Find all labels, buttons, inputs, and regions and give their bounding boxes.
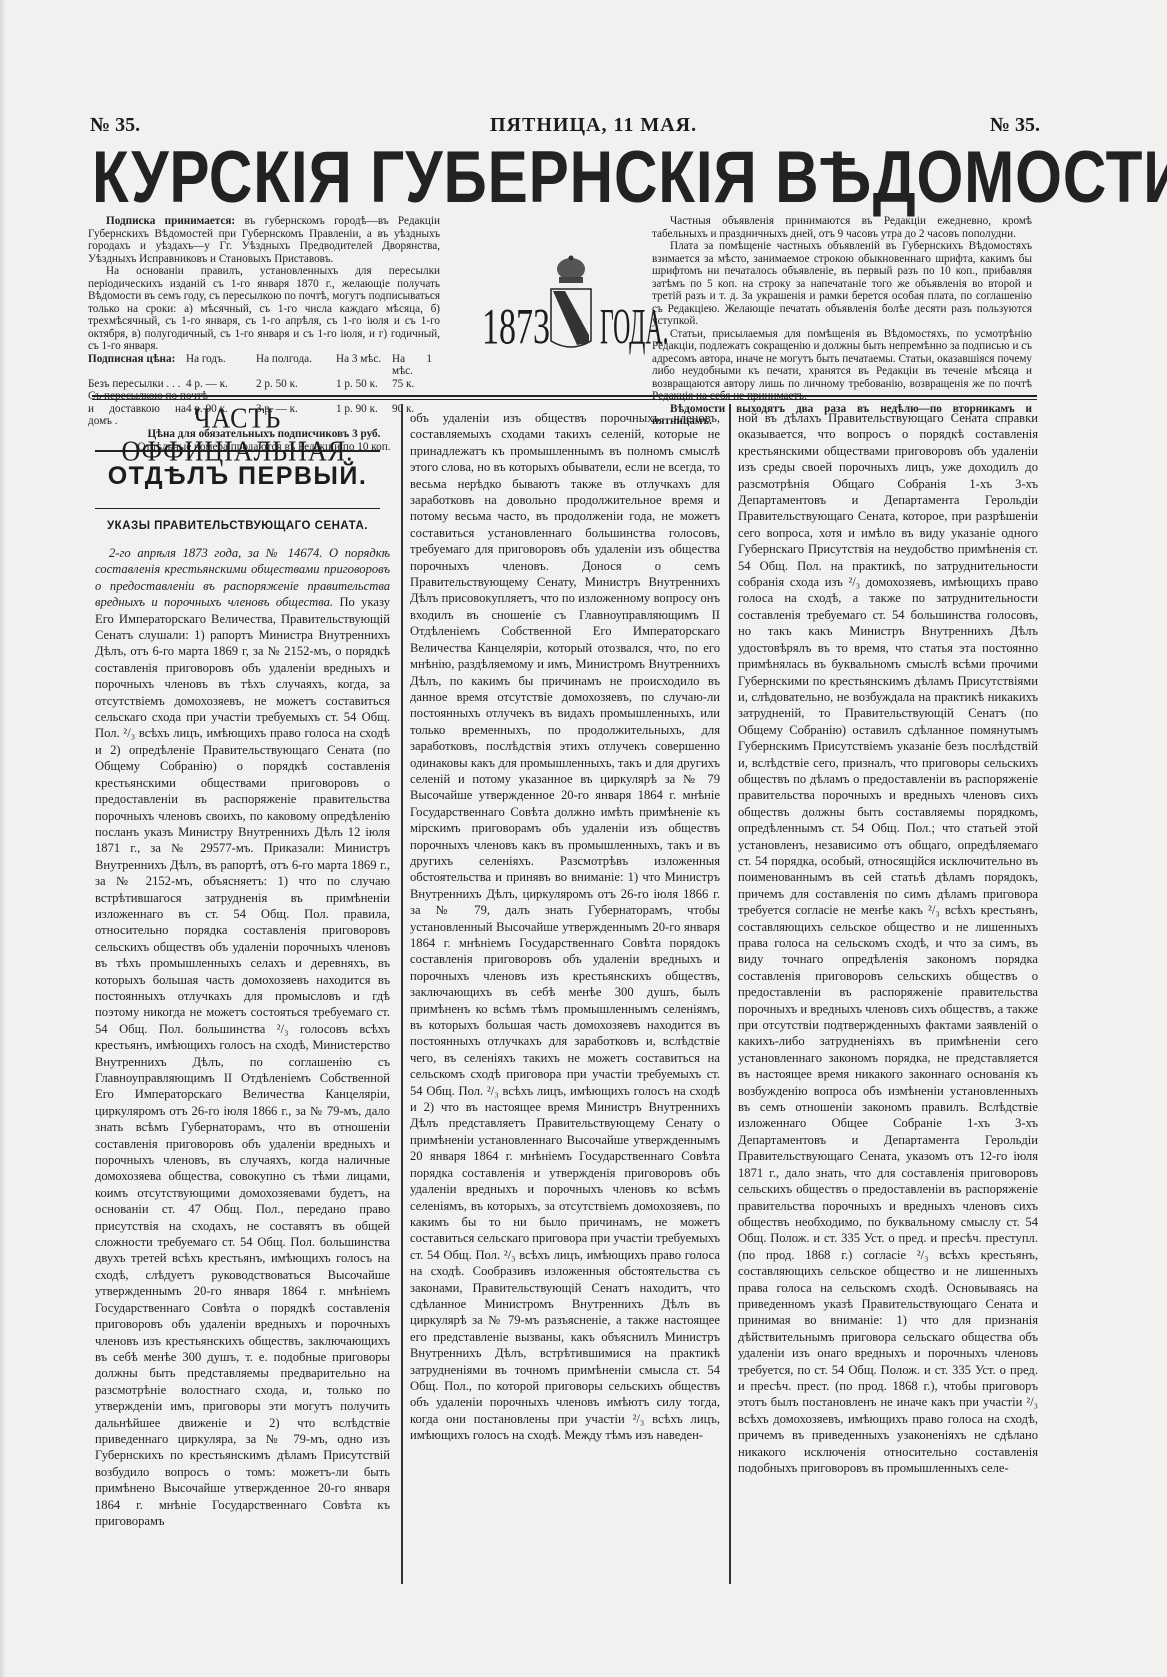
column-3: ной въ дѣлахъ Правительствующаго Сената … <box>738 410 1038 1580</box>
department-title: ОТДѢЛЪ ПЕРВЫЙ. <box>95 462 380 491</box>
kursk-coat-of-arms-icon <box>547 255 595 355</box>
year-block: 1873 ГОДА. <box>482 245 652 365</box>
ads-text-3: Статьи, присылаемыя для помѣщенія въ Вѣд… <box>652 328 1032 403</box>
year-number: 1873 <box>482 300 550 357</box>
column-2-text: объ удаленіи изъ обществъ порочныхъ член… <box>410 410 720 1444</box>
column-2: объ удаленіи изъ обществъ порочныхъ член… <box>410 410 720 1580</box>
price-cell: 2 р. 50 к. <box>256 378 336 391</box>
scan-edge <box>0 0 6 1677</box>
header-rule <box>92 399 1037 400</box>
column-1: 2-го апрѣля 1873 года, за № 14674. О пор… <box>95 545 390 1585</box>
subscription-lead: Подписка принимается: <box>106 215 235 227</box>
newspaper-title: КУРСКІЯ ГУБЕРНСКІЯ ВѢДОМОСТИ. <box>92 140 909 214</box>
column-divider <box>729 404 731 1584</box>
price-cell: 75 к. <box>392 378 432 391</box>
ads-text-1: Частныя объявленія принимаются въ Редакц… <box>652 215 1032 240</box>
price-header-row: Подписная цѣна: На годъ. На полгода. На … <box>88 353 440 378</box>
column-3-text: ной въ дѣлахъ Правительствующаго Сената … <box>738 410 1038 1476</box>
newspaper-page: № 35. ПЯТНИЦА, 11 МАЯ. № 35. КУРСКІЯ ГУБ… <box>0 0 1167 1677</box>
ads-text-2: Плата за помѣщеніе частныхъ объявленій в… <box>652 240 1032 328</box>
section-part-title: ЧАСТЬ ОФФИЦІАЛЬНАЯ. <box>95 402 380 468</box>
issue-number-right: № 35. <box>990 114 1040 137</box>
price-header: На полгода. <box>256 353 336 378</box>
issue-number-left: № 35. <box>90 114 140 137</box>
price-header: Подписная цѣна: <box>88 353 186 378</box>
column-1-text: По указу Его Императорскаго Величества, … <box>95 595 390 1528</box>
price-cell: 1 р. 50 к. <box>336 378 392 391</box>
issue-date: ПЯТНИЦА, 11 МАЯ. <box>490 114 697 137</box>
price-header: На 3 мѣс. <box>336 353 392 378</box>
subscription-text-2: На основаніи правилъ, установленныхъ для… <box>88 265 440 353</box>
header-rule <box>92 395 1037 397</box>
section-rule <box>95 508 380 509</box>
price-header: На 1 мѣс. <box>392 353 432 378</box>
price-header: На годъ. <box>186 353 256 378</box>
price-cell: 4 р. — к. <box>186 378 256 391</box>
senate-decrees-heading: УКАЗЫ ПРАВИТЕЛЬСТВУЮЩАГО СЕНАТА. <box>95 520 380 532</box>
price-cell: Безъ пересылки . . . <box>88 378 186 391</box>
price-row: Безъ пересылки . . . 4 р. — к. 2 р. 50 к… <box>88 378 440 391</box>
column-divider <box>401 404 403 1584</box>
